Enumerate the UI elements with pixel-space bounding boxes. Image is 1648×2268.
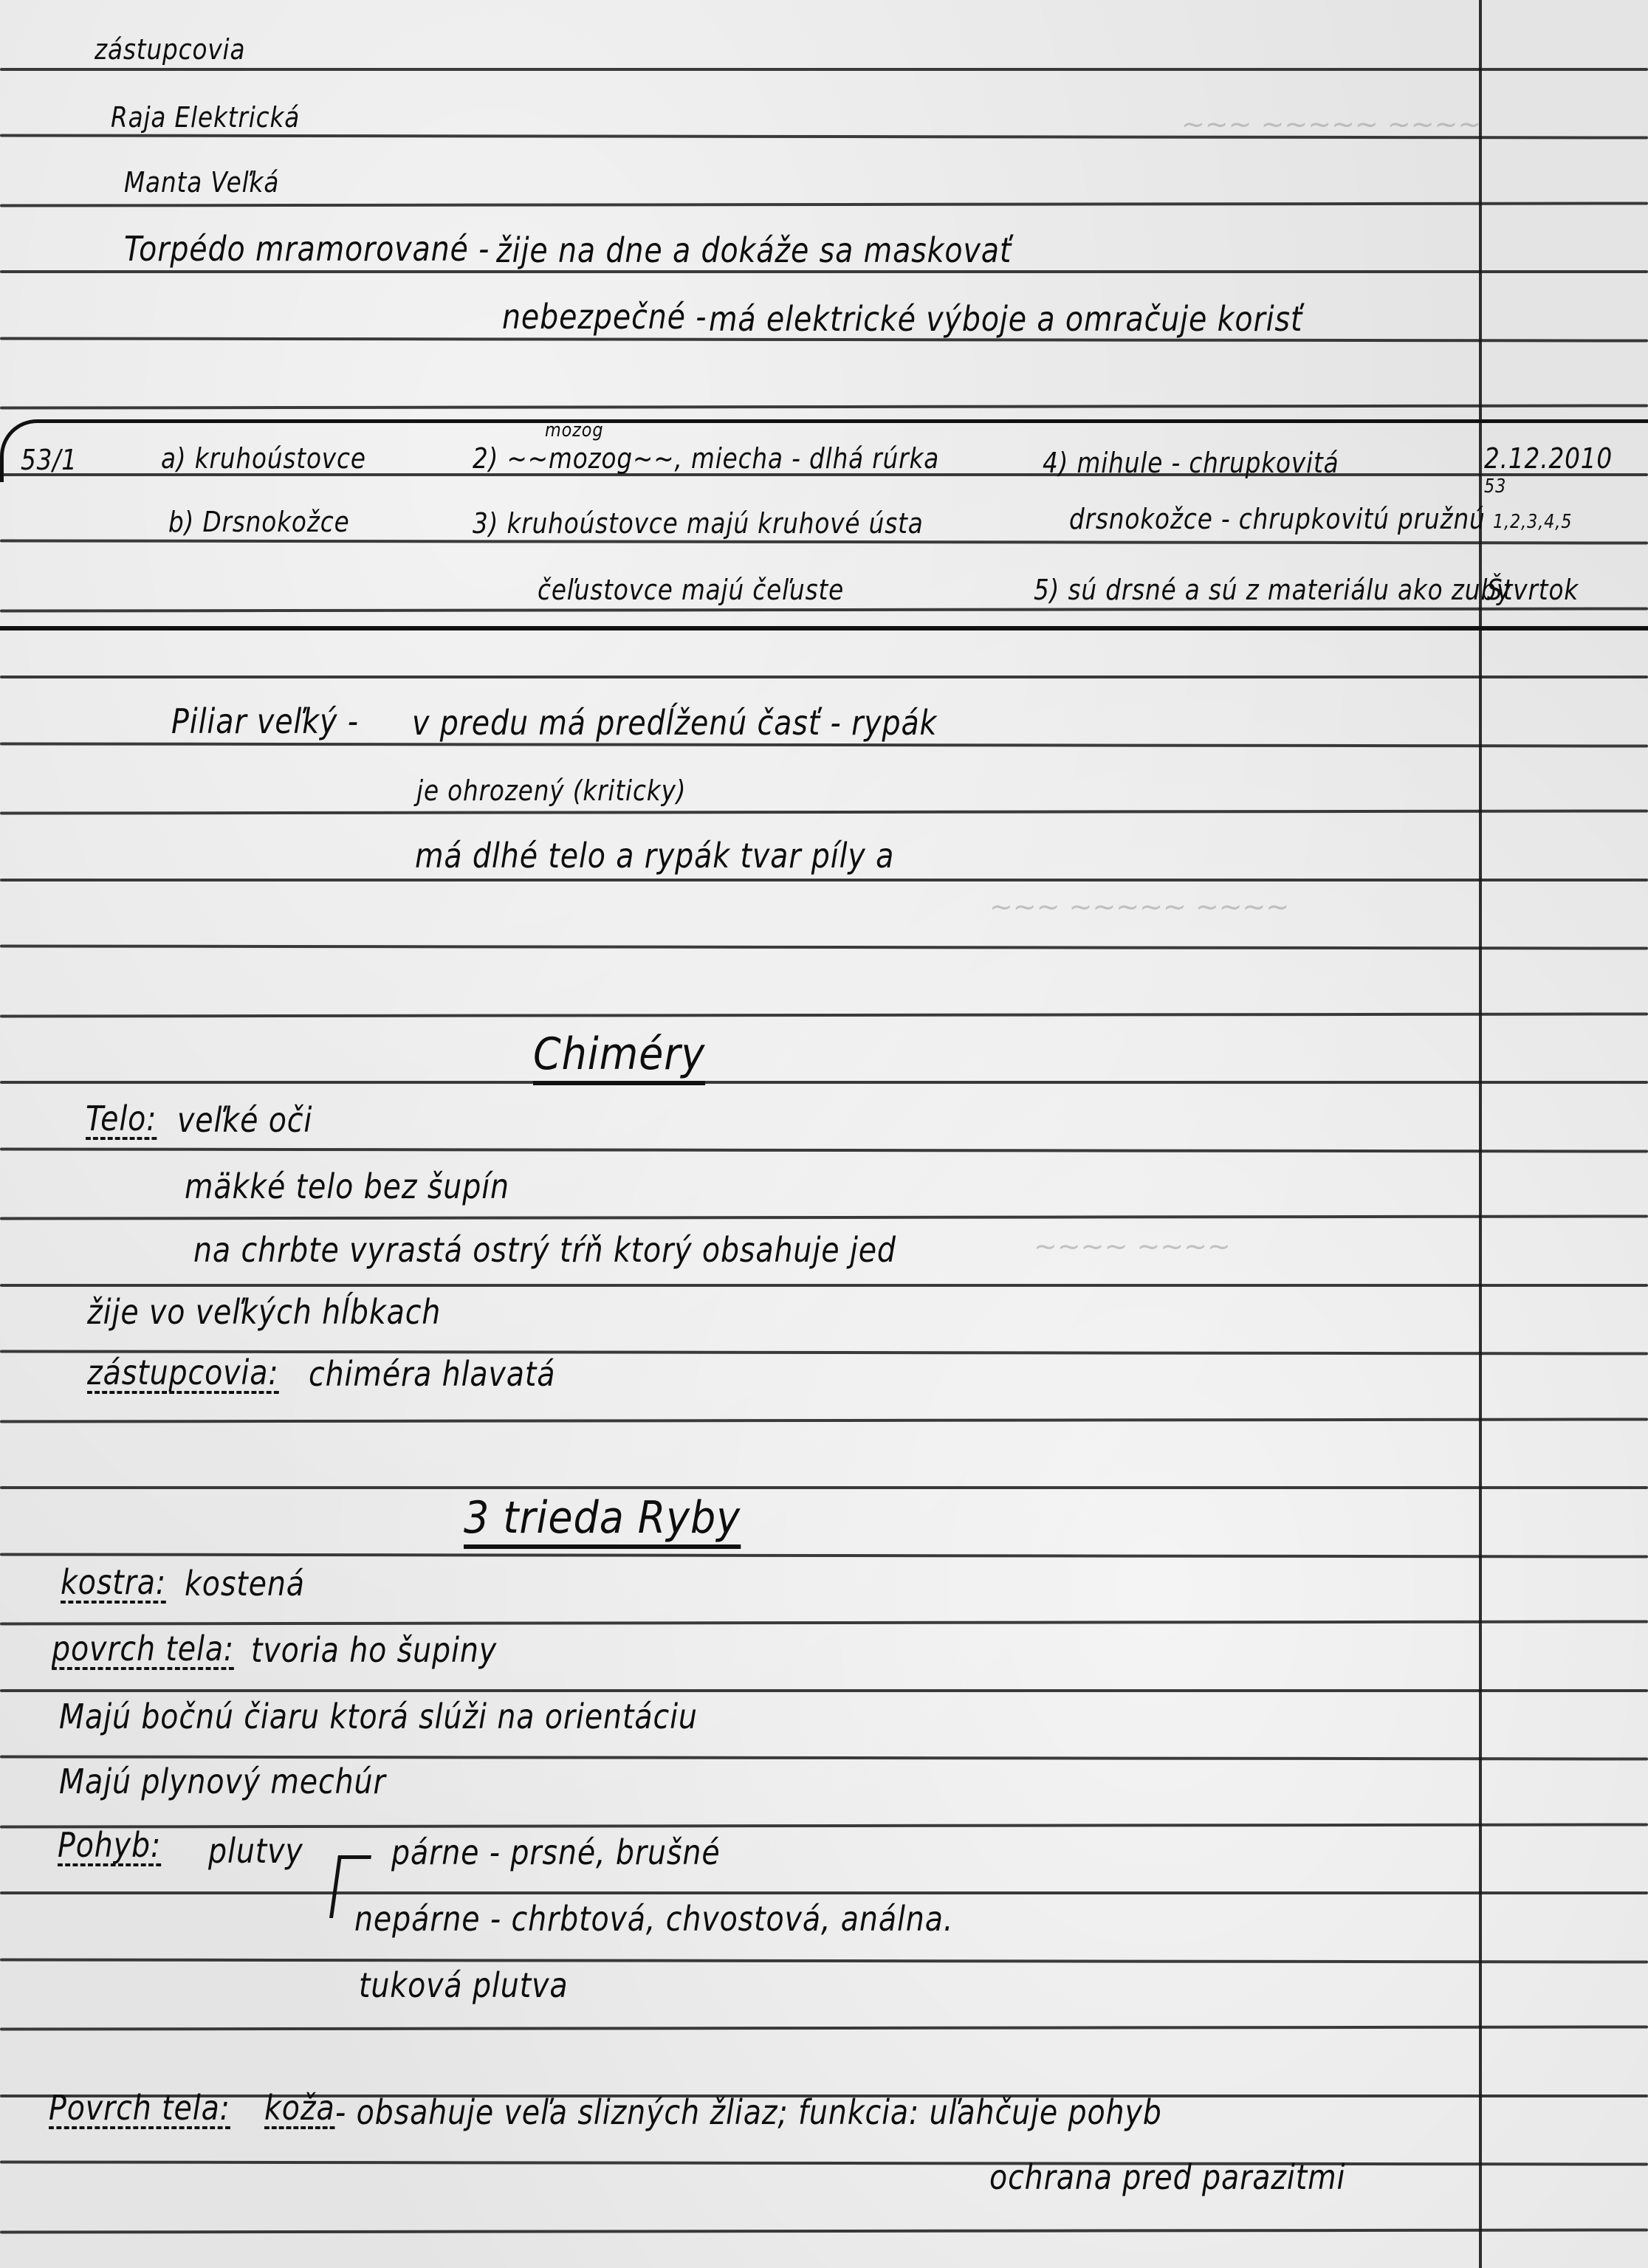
answer-a: a) kruhoústovce (161, 444, 366, 472)
skeleton-label: kostra: (61, 1565, 166, 1604)
notebook-page: ~~~ ~~~~~ ~~~~ ~~~ ~~~~~ ~~~~ ~~~~ ~~~~ … (0, 0, 1648, 2268)
body-feature: na chrbte vyrastá ostrý tŕň ktorý obsahu… (193, 1233, 896, 1267)
piliar-line: je ohrozený (kriticky) (416, 777, 686, 805)
answer-3b: čeľustovce majú čeľuste (538, 576, 844, 604)
page-reference: 53 (1484, 477, 1506, 496)
ruled-line (0, 676, 1648, 678)
answer-4b: drsnokožce - chrupkovitú pružnú (1069, 505, 1486, 533)
skin-description: - obsahuje veľa slizných žliaz; funkcia:… (335, 2095, 1162, 2129)
body-label: Telo: (86, 1102, 157, 1140)
ruled-line (0, 68, 1648, 71)
ruled-line (0, 607, 1648, 612)
answer-4a: 4) mihule - chrupkovitá (1043, 449, 1339, 477)
body-feature: mäkké telo bez šupín (185, 1169, 509, 1203)
ruled-line (0, 809, 1648, 814)
ruled-line (0, 1486, 1648, 1489)
ruled-line (0, 1823, 1648, 1828)
paired-fins: párne - prsné, brušné (391, 1835, 721, 1869)
movement-label: Pohyb: (58, 1828, 161, 1866)
swim-bladder: Majú plynový mechúr (59, 1764, 386, 1798)
skin-label: koža (264, 2091, 335, 2129)
exercise-box-top (37, 419, 1648, 423)
torpedo-description: žije na dne a dokáže sa maskovať (496, 233, 1012, 267)
section-title-chimery: Chiméry (533, 1032, 705, 1085)
ruled-line (0, 1012, 1648, 1017)
torpedo-danger-description: má elektrické výboje a omračuje korisť (709, 302, 1302, 336)
show-through-text: ~~~ ~~~~~ ~~~~ (1181, 108, 1481, 140)
lateral-line: Majú bočnú čiaru ktorá slúži na orientác… (59, 1700, 698, 1733)
skeleton-value: kostená (185, 1567, 305, 1601)
ruled-line (0, 944, 1648, 949)
section-title-ryby: 3 trieda Ryby (464, 1496, 741, 1549)
date: 2.12.2010 (1484, 444, 1613, 472)
exercise-box-bottom (0, 626, 1648, 630)
tasks-reference: 1,2,3,4,5 (1493, 512, 1572, 532)
ruled-line (0, 539, 1648, 544)
answer-5: 5) sú drsné a sú z materiálu ako zuby (1034, 576, 1511, 604)
answer-b: b) Drsnokožce (168, 508, 350, 536)
show-through-text: ~~~ ~~~~~ ~~~~ (989, 890, 1289, 923)
body-surface-2-label: Povrch tela: (49, 2091, 230, 2129)
weekday: Štvrtok (1487, 576, 1579, 604)
ruled-line (0, 2160, 1648, 2165)
show-through-text: ~~~~ ~~~~ (1034, 1230, 1231, 1262)
ruled-line (0, 1417, 1648, 1423)
exercise-number: 53/1 (21, 446, 78, 474)
ruled-line (0, 1958, 1648, 1963)
ruled-line (0, 1891, 1648, 1894)
body-surface-label: povrch tela: (52, 1632, 234, 1670)
ruled-line (0, 1620, 1648, 1625)
representative: chiméra hlavatá (309, 1357, 555, 1391)
body-surface-value: tvoria ho šupiny (251, 1633, 497, 1667)
movement-value: plutvy (208, 1834, 303, 1868)
ruled-line (0, 1081, 1648, 1084)
margin-line (1479, 0, 1482, 2268)
ruled-line (0, 1214, 1648, 1220)
ruled-line (0, 742, 1648, 747)
answer-2-correction: mozog (545, 421, 603, 440)
representatives-label: zástupcovia: (87, 1355, 279, 1394)
piliar-line: v predu má predĺženú časť - rypák (412, 706, 937, 740)
heading-representatives: zástupcovia (95, 35, 245, 63)
habitat: žije vo veľkých hĺbkach (87, 1295, 441, 1329)
piliar-line: má dlhé telo a rypák tvar píly a (415, 839, 894, 873)
ruled-line (0, 1284, 1648, 1287)
adipose-fin: tuková plutva (359, 1968, 568, 2002)
ruled-line (0, 1689, 1648, 1692)
answer-3a: 3) kruhoústovce majú kruhové ústa (473, 509, 924, 537)
ruled-line (0, 1147, 1648, 1152)
ruled-line (0, 2228, 1648, 2233)
answer-2: 2) ~~mozog~~, miecha - dlhá rúrka (473, 444, 939, 472)
body-feature: veľké oči (177, 1103, 312, 1137)
ruled-line (0, 202, 1648, 207)
torpedo-danger-label: nebezpečné - (502, 300, 707, 334)
torpedo-label: Torpédo mramorované - (124, 232, 490, 266)
ruled-line (0, 1553, 1648, 1558)
list-item: Manta Veľká (124, 168, 279, 196)
ruled-line (0, 404, 1648, 409)
list-item: Raja Elektrická (111, 103, 300, 131)
unpaired-fins: nepárne - chrbtová, chvostová, análna. (354, 1902, 953, 1936)
ruled-line (0, 1755, 1648, 1760)
piliar-label: Piliar veľký - (171, 704, 359, 738)
ruled-line (0, 270, 1648, 273)
skin-function-2: ochrana pred parazitmi (989, 2160, 1345, 2194)
ruled-line (0, 2025, 1648, 2030)
ruled-line (0, 879, 1648, 882)
